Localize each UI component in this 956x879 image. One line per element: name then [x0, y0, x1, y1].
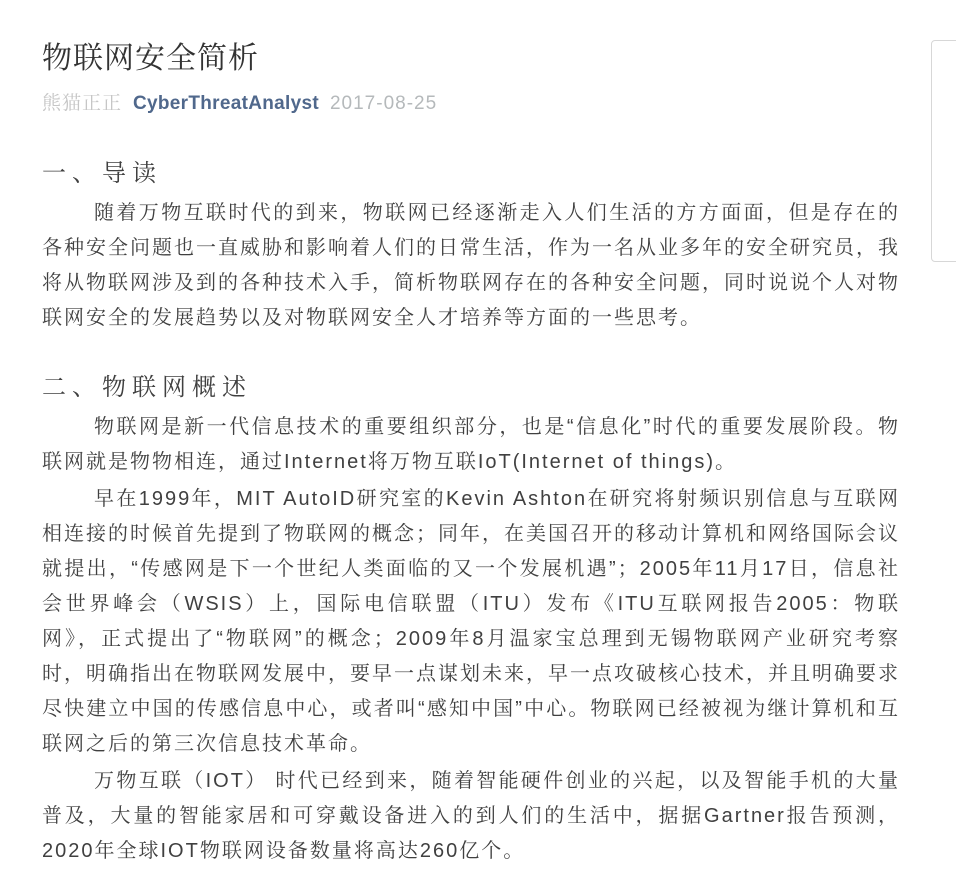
page-title: 物联网安全简析: [42, 40, 900, 78]
article-paragraph: 随着万物互联时代的到来，物联网已经逐渐走入人们生活的方方面面，但是存在的各种安全…: [42, 196, 900, 336]
section-heading: 一、导读: [42, 158, 900, 190]
article-paragraph: 万物互联（IOT） 时代已经到来，随着智能硬件创业的兴起，以及智能手机的大量普及…: [42, 764, 900, 869]
article-body: 一、导读随着万物互联时代的到来，物联网已经逐渐走入人们生活的方方面面，但是存在的…: [42, 158, 900, 869]
section-heading: 二、物联网概述: [42, 372, 900, 404]
floating-widget-panel: [931, 40, 956, 262]
article-paragraph: 早在1999年，MIT AutoID研究室的Kevin Ashton在研究将射频…: [42, 482, 900, 762]
article: 物联网安全简析 熊猫正正 CyberThreatAnalyst 2017-08-…: [42, 40, 900, 871]
byline: 熊猫正正 CyberThreatAnalyst 2017-08-25: [42, 92, 900, 116]
article-paragraph: 物联网是新一代信息技术的重要组织部分，也是“信息化”时代的重要发展阶段。物联网就…: [42, 410, 900, 480]
article-section: 一、导读随着万物互联时代的到来，物联网已经逐渐走入人们生活的方方面面，但是存在的…: [42, 158, 900, 336]
author-name-link[interactable]: 熊猫正正: [42, 92, 122, 116]
article-section: 二、物联网概述物联网是新一代信息技术的重要组织部分，也是“信息化”时代的重要发展…: [42, 372, 900, 869]
publish-date: 2017-08-25: [330, 92, 437, 116]
author-handle-link[interactable]: CyberThreatAnalyst: [133, 92, 319, 116]
